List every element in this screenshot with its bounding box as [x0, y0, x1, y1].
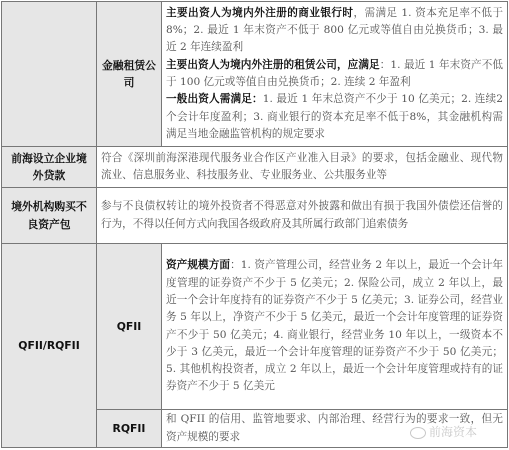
watermark-text: 前海资本 — [429, 425, 477, 439]
watermark: 前海资本 — [410, 423, 477, 440]
row-category-empty — [2, 2, 97, 147]
row-content: 资产规模方面：1. 资产管理公司，经营业务 2 年以上，最近一个会计年度管理的证… — [162, 244, 508, 410]
row-subcategory: RQFII — [97, 410, 162, 448]
bold-heading: 主要出资人为境内外注册的租赁公司，应满足 — [166, 59, 380, 71]
paragraph-bank: 主要出资人为境内外注册的商业银行时，需满足 1. 资本充足率不低于 8%；2. … — [166, 5, 503, 57]
wechat-icon — [410, 427, 426, 439]
row-category: 前海设立企业境外贷款 — [2, 147, 97, 188]
table-row-qianhai: 前海设立企业境外贷款 符合《深圳前海深港现代服务业合作区产业准入目录》的要求，包… — [2, 147, 508, 188]
requirements-table: 金融租赁公司 主要出资人为境内外注册的商业银行时，需满足 1. 资本充足率不低于… — [1, 1, 508, 448]
row-category: QFII/RQFII — [2, 244, 97, 448]
bold-heading: 资产规模方面 — [166, 259, 230, 271]
paragraph-text: ：1. 资产管理公司，经营业务 2 年以上，最近一个会计年度管理的证券资产不少于… — [166, 259, 503, 392]
row-content: 参与不良债权转让的境外投资者不得恶意对外披露和做出有损于我国外债偿还信誉的行为，… — [97, 188, 508, 244]
paragraph-general: 一般出资人需满足：1. 最近 1 年末总资产不少于 10 亿美元；2. 连续2个… — [166, 91, 503, 143]
table-row-qfii: QFII/RQFII QFII 资产规模方面：1. 资产管理公司，经营业务 2 … — [2, 244, 508, 410]
bold-heading: 一般出资人需满足： — [166, 93, 263, 105]
row-subcategory: QFII — [97, 244, 162, 410]
row-content: 符合《深圳前海深港现代服务业合作区产业准入目录》的要求，包括金融业、现代物流业、… — [97, 147, 508, 188]
row-content: 主要出资人为境内外注册的商业银行时，需满足 1. 资本充足率不低于 8%；2. … — [162, 2, 508, 147]
row-category: 境外机构购买不良资产包 — [2, 188, 97, 244]
table-row-leasing: 金融租赁公司 主要出资人为境内外注册的商业银行时，需满足 1. 资本充足率不低于… — [2, 2, 508, 147]
row-subcategory: 金融租赁公司 — [97, 2, 162, 147]
bold-heading: 主要出资人为境内外注册的商业银行时 — [166, 7, 353, 19]
table-row-npl: 境外机构购买不良资产包 参与不良债权转让的境外投资者不得恶意对外披露和做出有损于… — [2, 188, 508, 244]
paragraph-leasing-co: 主要出资人为境内外注册的租赁公司，应满足：1. 最近 1 年末资产不低于 100… — [166, 57, 503, 92]
